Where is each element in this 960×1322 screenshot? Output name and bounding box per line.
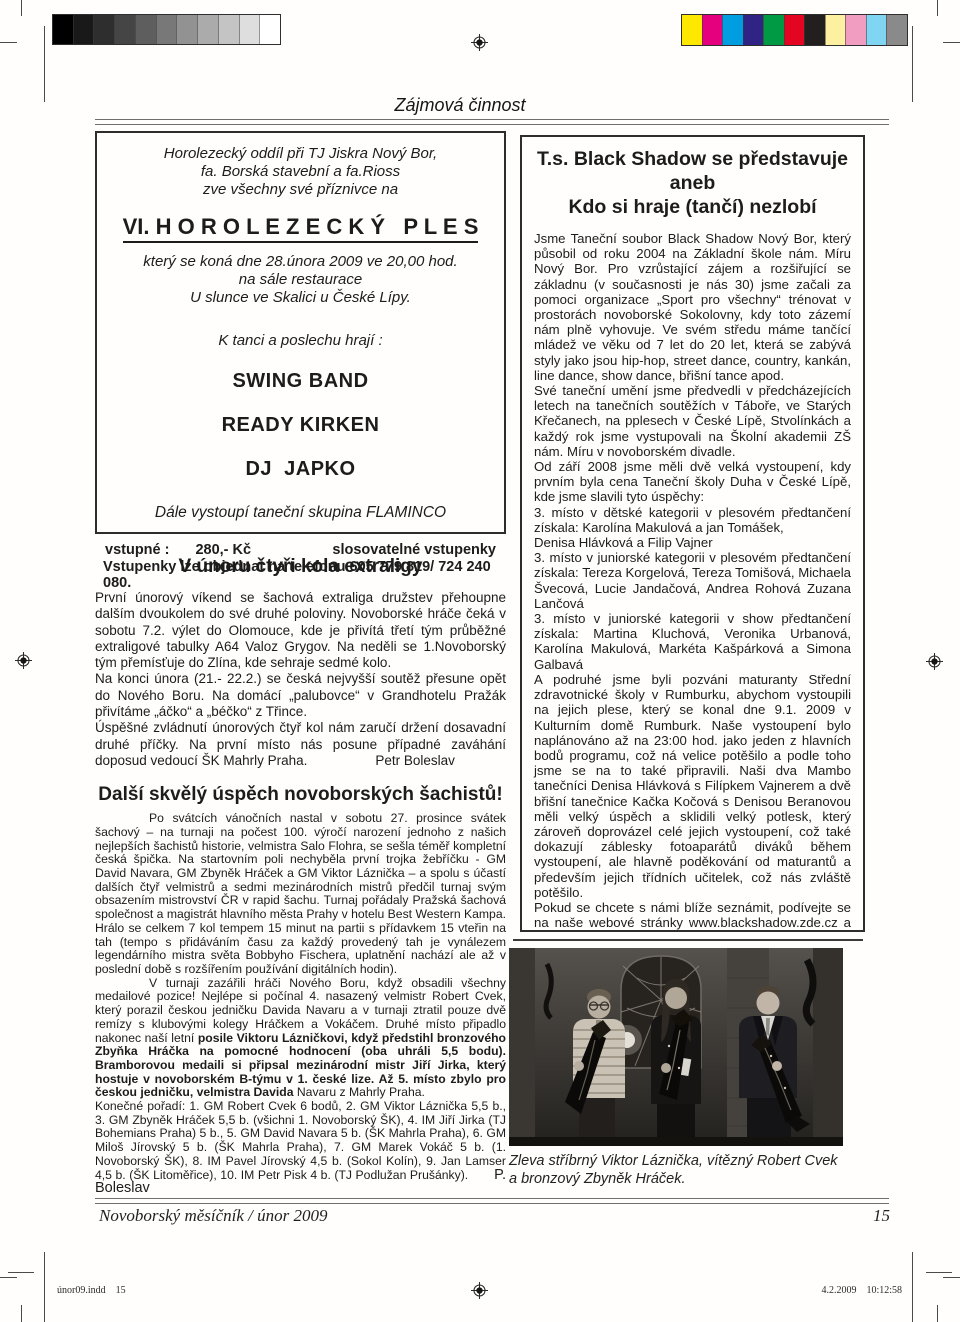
article-paragraph: Pokud se chcete s námi blíže seznámit, p… xyxy=(534,900,851,932)
floor xyxy=(509,1137,843,1146)
scanned-newsletter-page: únor09.indd 15 4.2.2009 10:12:58 Zájmová… xyxy=(0,0,960,1322)
extra-act: Dále vystoupí taneční skupina FLAMINCO xyxy=(97,504,504,522)
crop-mark xyxy=(926,1272,952,1273)
crop-mark xyxy=(21,1305,22,1322)
trim-line xyxy=(44,26,45,102)
photo-separator-rule xyxy=(513,939,863,941)
slug-filename: únor09.indd 15 xyxy=(57,1285,126,1296)
article-paragraph: Jsme Taneční soubor Black Shadow Nový Bo… xyxy=(534,231,851,383)
calibration-swatch xyxy=(53,15,73,44)
calibration-swatch xyxy=(259,15,280,44)
article-paragraph: A podruhé jsme byli pozváni maturanty St… xyxy=(534,672,851,900)
result-line: 3. místo v juniorské kategorii v show př… xyxy=(534,611,851,672)
success-paragraph: V turnaji zazářili hráči Nového Boru, kd… xyxy=(95,977,506,1100)
success-heading: Další skvělý úspěch novoborských šachist… xyxy=(95,784,506,806)
calibration-swatch xyxy=(239,15,260,44)
extraliga-paragraph: Na konci února (21.- 22.2.) se česká nej… xyxy=(95,671,506,720)
calibration-swatch xyxy=(722,15,743,45)
calibration-swatch xyxy=(135,15,156,44)
page-title: Zájmová činnost xyxy=(95,95,825,116)
band-name: READY KIRKEN xyxy=(97,414,504,437)
calibration-swatch xyxy=(825,15,846,45)
band-name: SWING BAND xyxy=(97,370,504,393)
author-signature: Petr Boleslav xyxy=(375,753,455,769)
crop-mark xyxy=(943,42,960,43)
wall-pillar xyxy=(813,948,843,1146)
registration-mark-icon xyxy=(926,653,943,670)
calibration-swatch xyxy=(702,15,723,45)
invitation-intro-line: fa. Borská stavební a fa.Rioss xyxy=(97,163,504,181)
crop-mark xyxy=(0,42,17,43)
trim-line xyxy=(912,1252,913,1322)
ball-date-venue: který se koná dne 28.února 2009 ve 20,00… xyxy=(97,253,504,307)
footer-rule xyxy=(95,1198,889,1204)
black-shadow-article-box: T.s. Black Shadow se představuje aneb Kd… xyxy=(520,135,865,932)
registration-mark-icon xyxy=(471,1282,488,1299)
registration-mark-icon xyxy=(471,34,488,51)
page-number: 15 xyxy=(852,1206,890,1226)
grayscale-calibration-bar xyxy=(52,14,281,45)
success-paragraph: Po svátcích vánočních nastal v sobotu 27… xyxy=(95,812,506,976)
invitation-intro-line: zve všechny své příznivce na xyxy=(97,181,504,199)
calibration-swatch xyxy=(73,15,94,44)
chess-extraliga-section: V únoru čtyři kola extraligy První únoro… xyxy=(95,556,506,769)
registration-mark-icon xyxy=(15,652,32,669)
invitation-intro-line: Horolezecký oddíl při TJ Jiskra Nový Bor… xyxy=(97,145,504,163)
color-calibration-bar xyxy=(681,14,908,46)
article-paragraph: Od září 2008 jsme měli dvě velká vystoup… xyxy=(534,459,851,505)
header-rule xyxy=(95,119,889,125)
photo-three-chess-players xyxy=(509,948,843,1146)
calibration-swatch xyxy=(176,15,197,44)
band-name: DJ JAPKO xyxy=(97,458,504,481)
calibration-swatch xyxy=(804,15,825,45)
calibration-swatch xyxy=(156,15,177,44)
ball-venue-line: na sále restaurace xyxy=(97,271,504,289)
result-line: 3. místo v juniorské kategorii v plesové… xyxy=(534,550,851,611)
chess-success-section: Další skvělý úspěch novoborských šachist… xyxy=(95,784,506,1196)
crop-mark xyxy=(0,1277,17,1278)
ball-date-line: který se koná dne 28.února 2009 ve 20,00… xyxy=(97,253,504,271)
article-paragraph: Své taneční umění jsme předvedli v předc… xyxy=(534,383,851,459)
invitation-intro: Horolezecký oddíl při TJ Jiskra Nový Bor… xyxy=(97,145,504,199)
extraliga-paragraph: První únorový víkend se šachová extralig… xyxy=(95,590,506,671)
calibration-swatch xyxy=(682,15,702,45)
photo-caption: Zleva stříbrný Viktor Láznička, vítězný … xyxy=(509,1153,849,1188)
calibration-swatch xyxy=(845,15,866,45)
crop-mark xyxy=(937,1305,938,1322)
calibration-swatch xyxy=(93,15,114,44)
wall-pillar xyxy=(509,948,535,1146)
calibration-swatch xyxy=(886,15,907,45)
climbing-ball-invitation-box: Horolezecký oddíl při TJ Jiskra Nový Bor… xyxy=(95,131,506,534)
right-column: T.s. Black Shadow se představuje aneb Kd… xyxy=(509,135,865,1188)
result-line: Denisa Hlávková a Filip Vajner xyxy=(534,535,851,550)
result-line: 3. místo v dětské kategorii v plesovém p… xyxy=(534,505,851,535)
trim-line xyxy=(44,1252,45,1322)
trim-line xyxy=(912,26,913,102)
calibration-swatch xyxy=(784,15,805,45)
crop-mark xyxy=(21,0,22,16)
calibration-swatch xyxy=(866,15,887,45)
price-label: vstupné : xyxy=(105,542,169,558)
bands-intro: K tanci a poslechu hrají : xyxy=(97,332,504,349)
ball-venue-line: U slunce ve Skalici u České Lípy. xyxy=(97,289,504,307)
crop-mark xyxy=(8,1272,34,1273)
crop-mark xyxy=(943,1277,960,1278)
ball-title: VI. H O R O L E Z E C K Ý P L E S xyxy=(97,214,504,240)
slug-timestamp: 4.2.2009 10:12:58 xyxy=(821,1285,902,1296)
calibration-swatch xyxy=(218,15,239,44)
calibration-swatch xyxy=(197,15,218,44)
photo-illustration xyxy=(509,948,843,1146)
final-standings-paragraph: Konečné pořadí: 1. GM Robert Cvek 6 bodů… xyxy=(95,1100,506,1196)
crop-mark xyxy=(937,0,938,16)
calibration-swatch xyxy=(763,15,784,45)
extraliga-paragraph: Úspěšné zvládnutí únorových čtyř kol nám… xyxy=(95,720,506,769)
journal-name: Novoborský měsíčník / únor 2009 xyxy=(99,1206,328,1226)
left-column: Horolezecký oddíl při TJ Jiskra Nový Bor… xyxy=(95,131,506,1196)
calibration-swatch xyxy=(114,15,135,44)
calibration-swatch xyxy=(743,15,764,45)
article-title: T.s. Black Shadow se představuje aneb Kd… xyxy=(534,147,851,219)
